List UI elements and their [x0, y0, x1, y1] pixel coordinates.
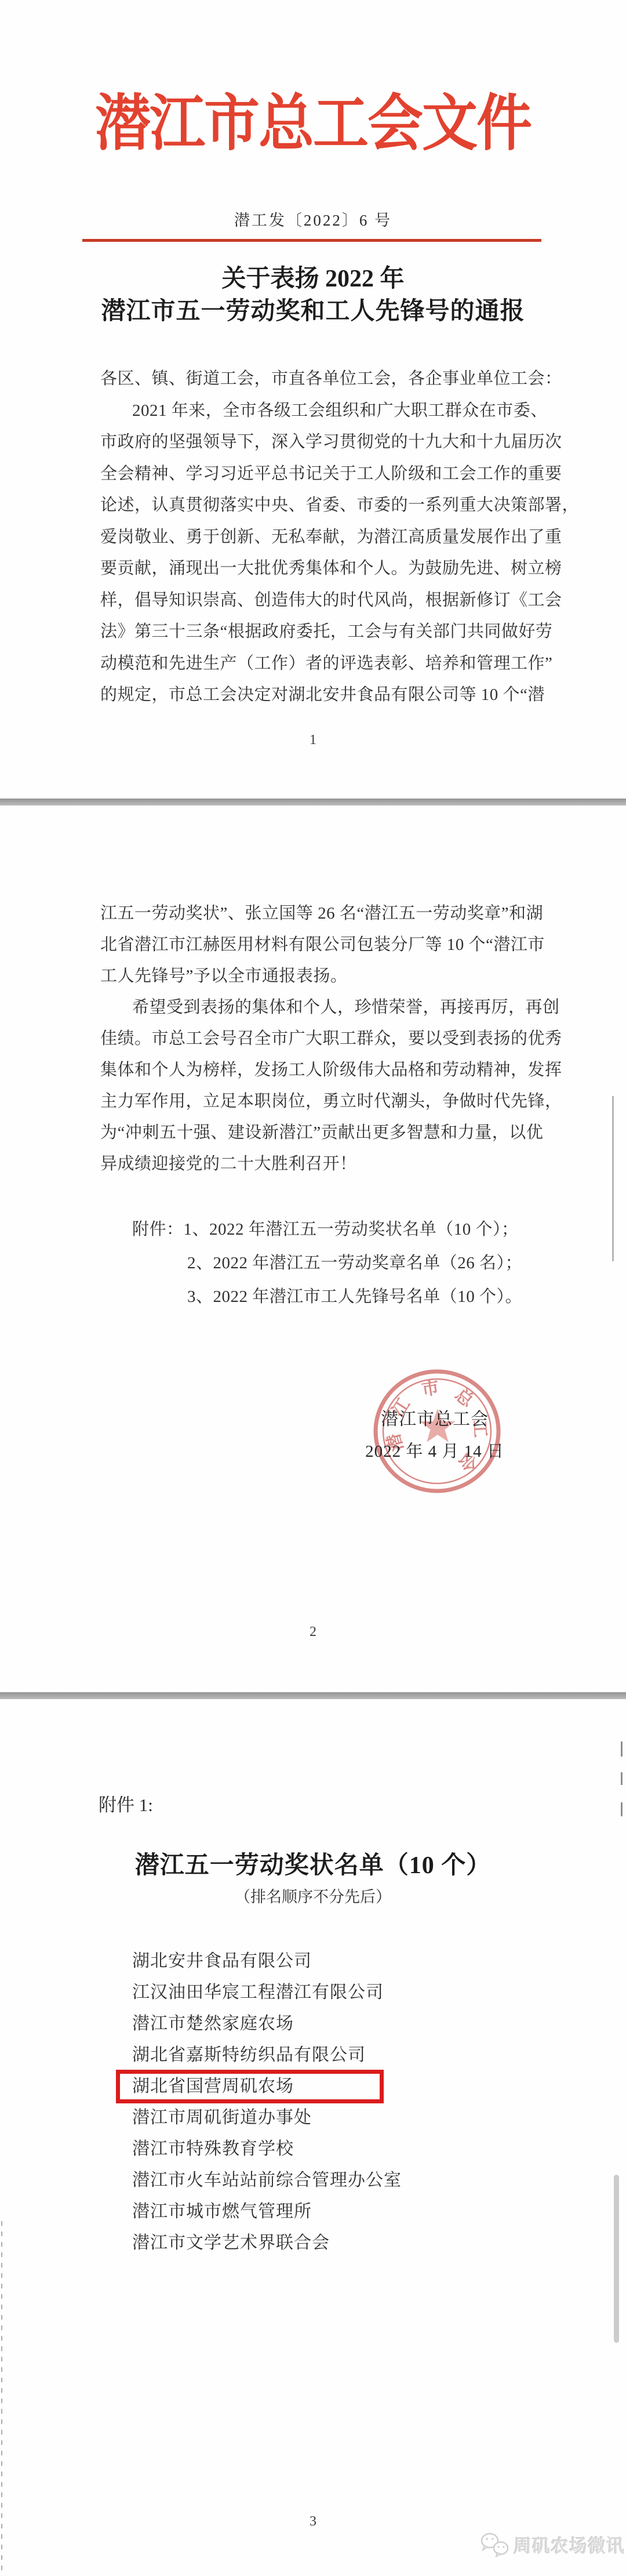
wechat-bubbles-icon [480, 2532, 511, 2559]
body-line: 希望受到表扬的集体和个人，珍惜荣誉，再接再厉，再创 [100, 992, 581, 1023]
scan-artifact-line [612, 1096, 614, 1261]
list-item: 潜江市特殊教育学校 [132, 2134, 573, 2165]
list-item: 潜江市文学艺术界联合会 [132, 2227, 573, 2259]
seal-arc-char: 总 [452, 1385, 478, 1411]
highlight-box [116, 2070, 384, 2103]
list-item: 江汉油田华宸工程潜江有限公司 [132, 1977, 573, 2008]
body-line: 的规定，市总工会决定对湖北安井食品有限公司等 10 个“潜 [100, 679, 581, 711]
red-divider-rule [82, 239, 541, 242]
signature-date: 2022 年 4 月 14 日 [325, 1442, 545, 1461]
document-number: 潜工发〔2022〕6 号 [0, 211, 626, 230]
watermark-text: 周矶农场微讯 [514, 2537, 625, 2556]
official-seal: 潜 江 市 总 工 会 [371, 1366, 504, 1499]
body-line: 论述，认真贯彻落实中央、省委、市委的一系列重大决策部署， [100, 489, 581, 521]
body-line: 异成绩迎接党的二十大胜利召开！ [100, 1148, 581, 1180]
signature-organization: 潜江市总工会 [336, 1410, 533, 1429]
list-item: 湖北安井食品有限公司 [132, 1946, 573, 1977]
attachment-1-label: 附件 1: [99, 1795, 153, 1815]
body-line: 江五一劳动奖状”、张立国等 26 名“潜江五一劳动奖章”和湖 [100, 898, 581, 929]
body-line: 法》第三十三条“根据政府委托，工会与有关部门共同做好劳 [100, 616, 581, 648]
body-line: 动模范和先进生产（工作）者的评选表彰、培养和管理工作” [100, 648, 581, 680]
body-line: 为“冲刺五十强、建设新潜江”贡献出更多智慧和力量，以优 [100, 1117, 581, 1148]
award-list-title: 潜江五一劳动奖状名单（10 个） [0, 1852, 626, 1879]
list-item: 潜江市城市燃气管理所 [132, 2196, 573, 2227]
page-divider [0, 799, 626, 806]
attachment-list: 附件：1、2022 年潜江五一劳动奖状名单（10 个）； 2、2022 年潜江五… [132, 1213, 573, 1314]
seal-arc-char: 市 [420, 1378, 441, 1399]
body-line: 市政府的坚强领导下，深入学习贯彻党的十九大和十九届历次 [100, 426, 581, 458]
scrollbar-thumb[interactable] [614, 2175, 619, 2343]
scanned-document: 潜江市总工会文件 潜工发〔2022〕6 号 关于表扬 2022 年 潜江市五一劳… [0, 0, 626, 2576]
page-number-1: 1 [0, 732, 626, 748]
page1-body: 各区、镇、街道工会，市直各单位工会，各企事业单位工会： 2021 年来，全市各级… [100, 363, 581, 711]
page-number-2: 2 [0, 1624, 626, 1640]
body-line: 全会精神、学习习近平总书记关于工人阶级和工会工作的重要 [100, 458, 581, 490]
scan-artifact-tick [621, 1802, 623, 1816]
body-line: 要贡献，涌现出一大批优秀集体和个人。为鼓励先进、树立榜 [100, 553, 581, 585]
attachment-line: 附件：1、2022 年潜江五一劳动奖状名单（10 个）； [132, 1213, 573, 1246]
page2-body: 江五一劳动奖状”、张立国等 26 名“潜江五一劳动奖章”和湖 北省潜江市江赫医用… [100, 898, 581, 1180]
scan-artifact-tick [621, 1772, 623, 1785]
document-title-line-1: 关于表扬 2022 年 [0, 266, 626, 292]
body-line: 爱岗敬业、勇于创新、无私奉献，为潜江高质量发展作出了重 [100, 521, 581, 553]
list-item: 潜江市火车站站前综合管理办公室 [132, 2165, 573, 2196]
salutation-line: 各区、镇、街道工会，市直各单位工会，各企事业单位工会： [100, 363, 581, 395]
body-line: 2021 年来，全市各级工会组织和广大职工群众在市委、 [100, 395, 581, 427]
body-line: 工人先锋号”予以全市通报表扬。 [100, 960, 581, 992]
list-item: 湖北省嘉斯特纺织品有限公司 [132, 2040, 573, 2071]
attachment-line: 2、2022 年潜江五一劳动奖章名单（26 名）； [132, 1246, 573, 1280]
document-header-title: 潜江市总工会文件 [0, 88, 626, 159]
list-item: 潜江市周矶街道办事处 [132, 2102, 573, 2134]
attachment-line: 3、2022 年潜江市工人先锋号名单（10 个）。 [132, 1280, 573, 1314]
page-divider [0, 1692, 626, 1699]
list-item: 潜江市楚然家庭农场 [132, 2008, 573, 2040]
body-line: 主力军作用，立足本职岗位，勇立时代潮头，争做时代先锋， [100, 1086, 581, 1117]
body-line: 佳绩。市总工会号召全市广大职工群众，要以受到表扬的优秀 [100, 1023, 581, 1054]
body-line: 样，倡导知识崇高、创造伟大的时代风尚，根据新修订《工会 [100, 585, 581, 616]
body-line: 北省潜江市江赫医用材料有限公司包装分厂等 10 个“潜江市 [100, 929, 581, 960]
document-title-line-2: 潜江市五一劳动奖和工人先锋号的通报 [0, 298, 626, 325]
award-list-subtitle: （排名顺序不分先后） [0, 1888, 626, 1906]
body-line: 集体和个人为榜样，发扬工人阶级伟大品格和劳动精神，发挥 [100, 1054, 581, 1086]
page-number-3: 3 [0, 2513, 626, 2530]
scan-artifact-tick [621, 1741, 623, 1757]
